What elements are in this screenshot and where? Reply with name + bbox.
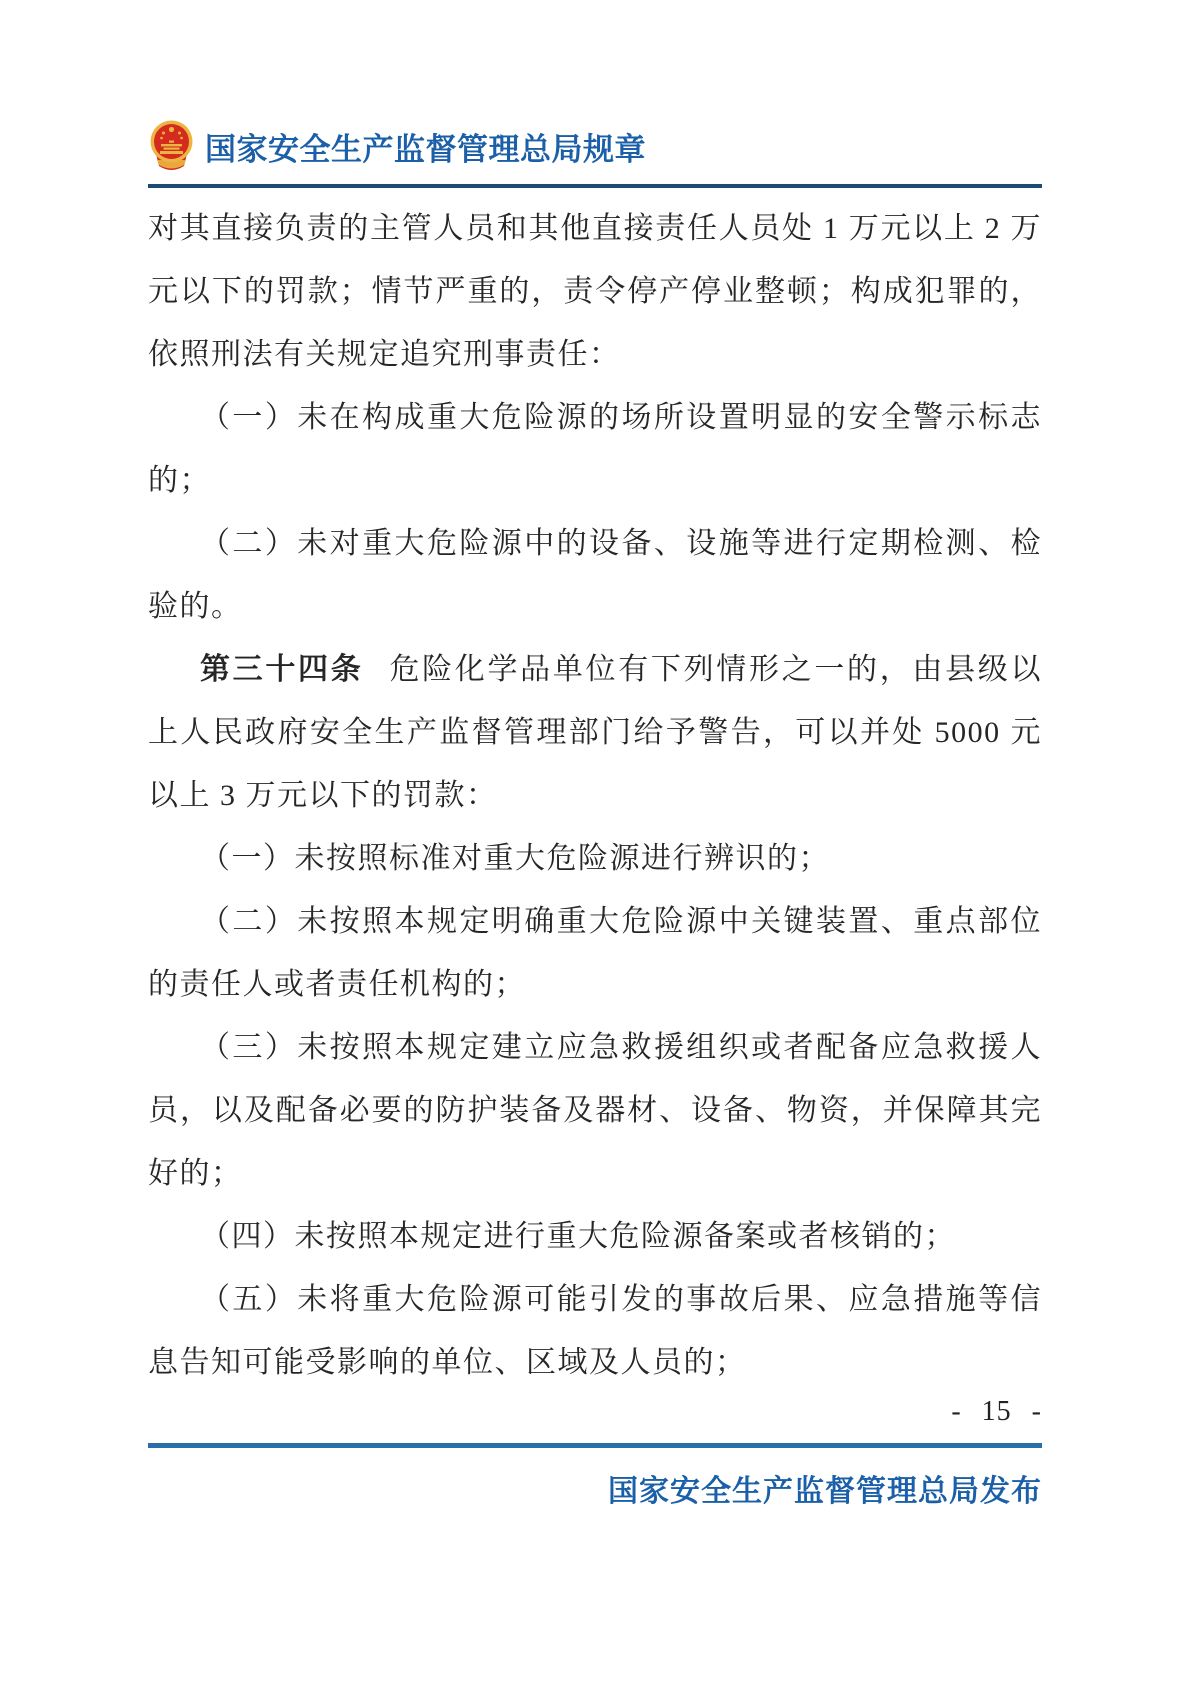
body-line-text: （二）未按照本规定明确重大危险源中关键装置、重点部位 [200,905,1042,938]
publisher-label: 国家安全生产监督管理总局发布 [608,1466,1042,1510]
document-page: 国家安全生产监督管理总局规章 对其直接负责的主管人员和其他直接责任人员处 1 万… [0,0,1190,1683]
body-line: 第三十四条危险化学品单位有下列情形之一的，由县级以 [148,638,1042,701]
body-line: 的； [148,449,1042,512]
body-line: （一）未按照标准对重大危险源进行辨识的； [148,827,1042,890]
body-line-text: 以上 3 万元以下的罚款： [148,779,498,812]
body-line-text: 危险化学品单位有下列情形之一的，由县级以 [389,653,1042,686]
body-line: （四）未按照本规定进行重大危险源备案或者核销的； [148,1205,1042,1268]
body-line-text: 元以下的罚款；情节严重的，责令停产停业整顿；构成犯罪的， [148,275,1042,308]
body-line-text: （五）未将重大危险源可能引发的事故后果、应急措施等信 [200,1283,1042,1316]
body-line-text: 的责任人或者责任机构的； [148,968,526,1001]
body-line: （三）未按照本规定建立应急救援组织或者配备应急救援人 [148,1016,1042,1079]
body-line-text: 员，以及配备必要的防护装备及器材、设备、物资，并保障其完 [148,1094,1042,1127]
body-line: 员，以及配备必要的防护装备及器材、设备、物资，并保障其完 [148,1079,1042,1142]
body-line-text: 息告知可能受影响的单位、区域及人员的； [148,1346,747,1379]
page-number: - 15 - [951,1396,1042,1428]
body-line: 依照刑法有关规定追究刑事责任： [148,323,1042,386]
body-line-text: 的； [148,464,211,497]
body-line: 验的。 [148,575,1042,638]
body-line-text: 验的。 [148,590,243,623]
page-header: 国家安全生产监督管理总局规章 [148,118,646,174]
china-national-emblem-icon [148,120,195,172]
body-line-text: （二）未对重大危险源中的设备、设施等进行定期检测、检 [200,527,1042,560]
body-line-text: （一）未在构成重大危险源的场所设置明显的安全警示标志 [200,401,1042,434]
body-line: 好的； [148,1142,1042,1205]
body-line-text: （三）未按照本规定建立应急救援组织或者配备应急救援人 [200,1031,1042,1064]
body-line: （二）未按照本规定明确重大危险源中关键装置、重点部位 [148,890,1042,953]
body-line: （一）未在构成重大危险源的场所设置明显的安全警示标志 [148,386,1042,449]
body-line: 以上 3 万元以下的罚款： [148,764,1042,827]
header-title: 国家安全生产监督管理总局规章 [205,124,646,169]
body-line: 对其直接负责的主管人员和其他直接责任人员处 1 万元以上 2 万 [148,197,1042,260]
body-line: 上人民政府安全生产监督管理部门给予警告，可以并处 5000 元 [148,701,1042,764]
body-line-text: （四）未按照本规定进行重大危险源备案或者核销的； [200,1220,956,1253]
body-line-text: （一）未按照标准对重大危险源进行辨识的； [200,842,830,875]
body-line-text: 依照刑法有关规定追究刑事责任： [148,338,621,371]
body-line-text: 好的； [148,1157,243,1190]
body-line-text: 上人民政府安全生产监督管理部门给予警告，可以并处 5000 元 [148,716,1042,749]
body-line: 的责任人或者责任机构的； [148,953,1042,1016]
header-rule [148,184,1042,188]
document-body: 对其直接负责的主管人员和其他直接责任人员处 1 万元以上 2 万元以下的罚款；情… [148,197,1042,1394]
article-number: 第三十四条 [200,653,363,686]
body-line: 元以下的罚款；情节严重的，责令停产停业整顿；构成犯罪的， [148,260,1042,323]
body-line-text: 对其直接负责的主管人员和其他直接责任人员处 1 万元以上 2 万 [148,212,1042,245]
body-line: （五）未将重大危险源可能引发的事故后果、应急措施等信 [148,1268,1042,1331]
body-line: 息告知可能受影响的单位、区域及人员的； [148,1331,1042,1394]
footer-rule [148,1443,1042,1448]
body-line: （二）未对重大危险源中的设备、设施等进行定期检测、检 [148,512,1042,575]
